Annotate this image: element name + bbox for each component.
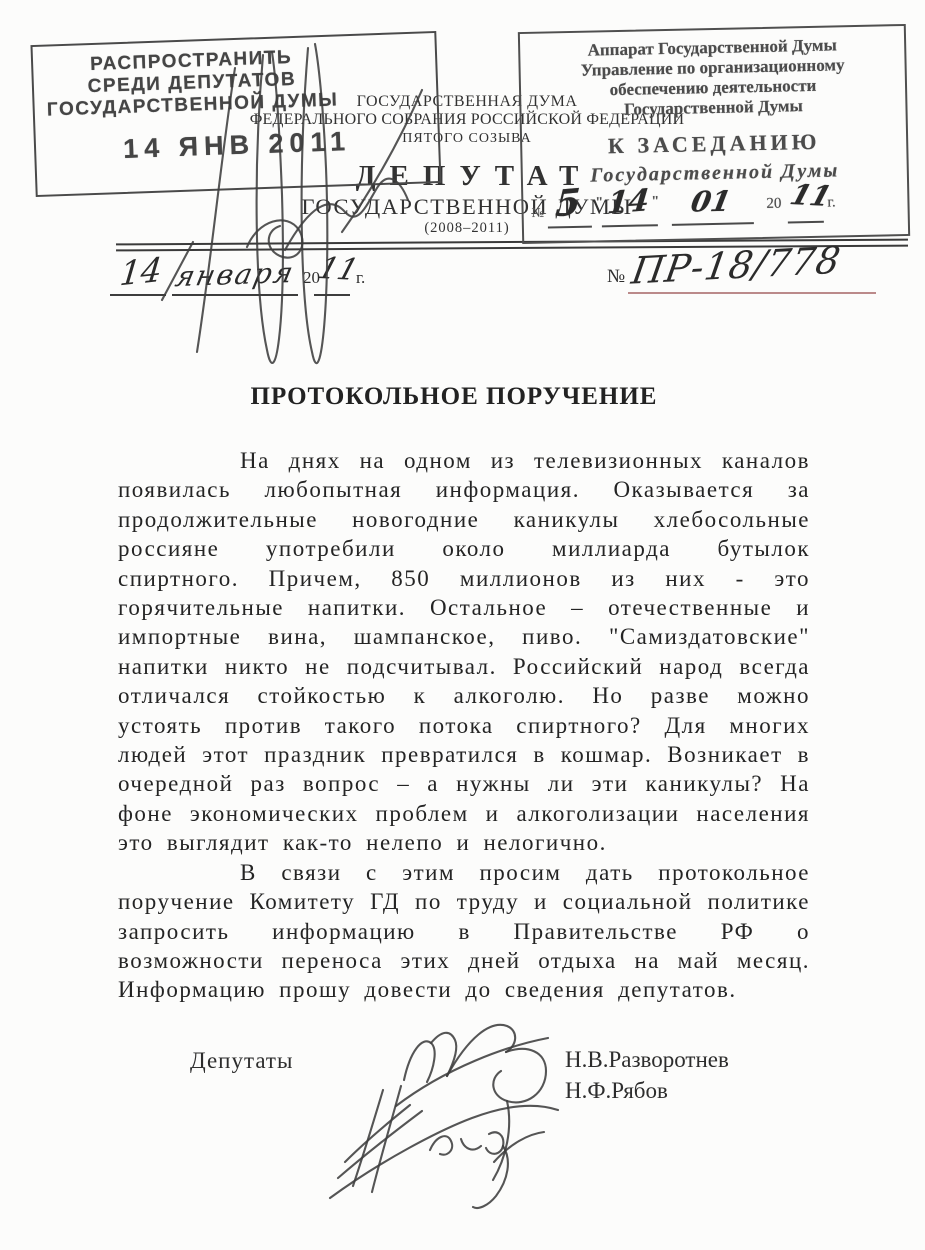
blank-underline bbox=[672, 222, 754, 226]
blank-underline bbox=[314, 294, 350, 296]
stamp-session-quote-close: " bbox=[651, 194, 659, 210]
stamp-session-no-symbol: № bbox=[531, 205, 544, 221]
stamp-distribute-text: РАСПРОСТРАНИТЬ СРЕДИ ДЕПУТАТОВ ГОСУДАРСТ… bbox=[33, 33, 437, 122]
stamp-session-text: Аппарат Государственной Думы Управление … bbox=[520, 26, 906, 122]
signature-stroke bbox=[493, 1101, 509, 1180]
stamp-session-handwritten-day: 14 bbox=[606, 183, 651, 221]
signature-stroke bbox=[396, 1038, 548, 1106]
signature-stroke bbox=[494, 1132, 544, 1162]
stamp-session-heading: К ЗАСЕДАНИЮ bbox=[522, 127, 906, 161]
signatory-name-2: Н.Ф.Рябов bbox=[565, 1075, 729, 1106]
stamp-session-handwritten-month: 01 bbox=[688, 185, 733, 219]
number-no-symbol: № bbox=[607, 266, 625, 288]
stamp-distribute-date: 14 ЯНВ 2011 bbox=[36, 123, 439, 168]
blank-underline bbox=[548, 226, 592, 229]
stamp-session: Аппарат Государственной Думы Управление … bbox=[518, 24, 910, 244]
signature-stroke bbox=[404, 1041, 435, 1082]
signature-stroke bbox=[345, 1105, 410, 1162]
blank-underline bbox=[110, 294, 166, 296]
blank-underline bbox=[172, 294, 298, 296]
signature-stroke bbox=[338, 1111, 422, 1178]
signatory-name-1: Н.В.Разворотнев bbox=[565, 1044, 729, 1075]
stamp-distribute: РАСПРОСТРАНИТЬ СРЕДИ ДЕПУТАТОВ ГОСУДАРСТ… bbox=[30, 31, 441, 197]
signature-stroke bbox=[431, 1033, 456, 1076]
printed-year-suffix: г. bbox=[356, 268, 365, 288]
signature-stroke bbox=[493, 1049, 546, 1102]
stamp-session-quote-open: " bbox=[595, 195, 603, 211]
signature-names: Н.В.Разворотнев Н.Ф.Рябов bbox=[565, 1044, 729, 1106]
body-paragraph-1: На днях на одном из телевизионных канало… bbox=[118, 446, 810, 858]
signature-stroke bbox=[353, 1090, 383, 1186]
document-title: ПРОТОКОЛЬНОЕ ПОРУЧЕНИЕ bbox=[118, 383, 790, 411]
blank-underline bbox=[602, 224, 658, 227]
signature-stroke bbox=[430, 1136, 452, 1154]
number-underline bbox=[628, 292, 876, 294]
stamp-session-number-row: № 5 " 14 " 01 20 11 г. bbox=[523, 183, 908, 235]
document-body: На днях на одном из телевизионных канало… bbox=[118, 446, 810, 1005]
handwritten-month: января bbox=[173, 256, 298, 293]
signature-stroke bbox=[447, 1025, 515, 1076]
stamp-session-handwritten-number: 5 bbox=[554, 181, 581, 226]
signature-stroke bbox=[461, 1139, 481, 1150]
signature-stroke bbox=[473, 1146, 508, 1208]
signature-stroke bbox=[330, 1106, 558, 1198]
scanned-document-page: ГОСУДАРСТВЕННАЯ ДУМА ФЕДЕРАЛЬНОГО СОБРАН… bbox=[0, 0, 925, 1250]
signature-razvorotnev bbox=[396, 1025, 548, 1180]
blank-underline bbox=[788, 221, 824, 224]
signature-label: Депутаты bbox=[190, 1048, 293, 1074]
signature-stroke bbox=[372, 1086, 401, 1192]
body-paragraph-2: В связи с этим просим дать протокольное … bbox=[118, 858, 810, 1005]
signature-stroke bbox=[486, 1132, 503, 1153]
stamp-session-year-prefix: 20 bbox=[766, 196, 781, 213]
handwritten-day: 14 bbox=[118, 249, 164, 293]
signature-ryabov bbox=[330, 1086, 558, 1208]
